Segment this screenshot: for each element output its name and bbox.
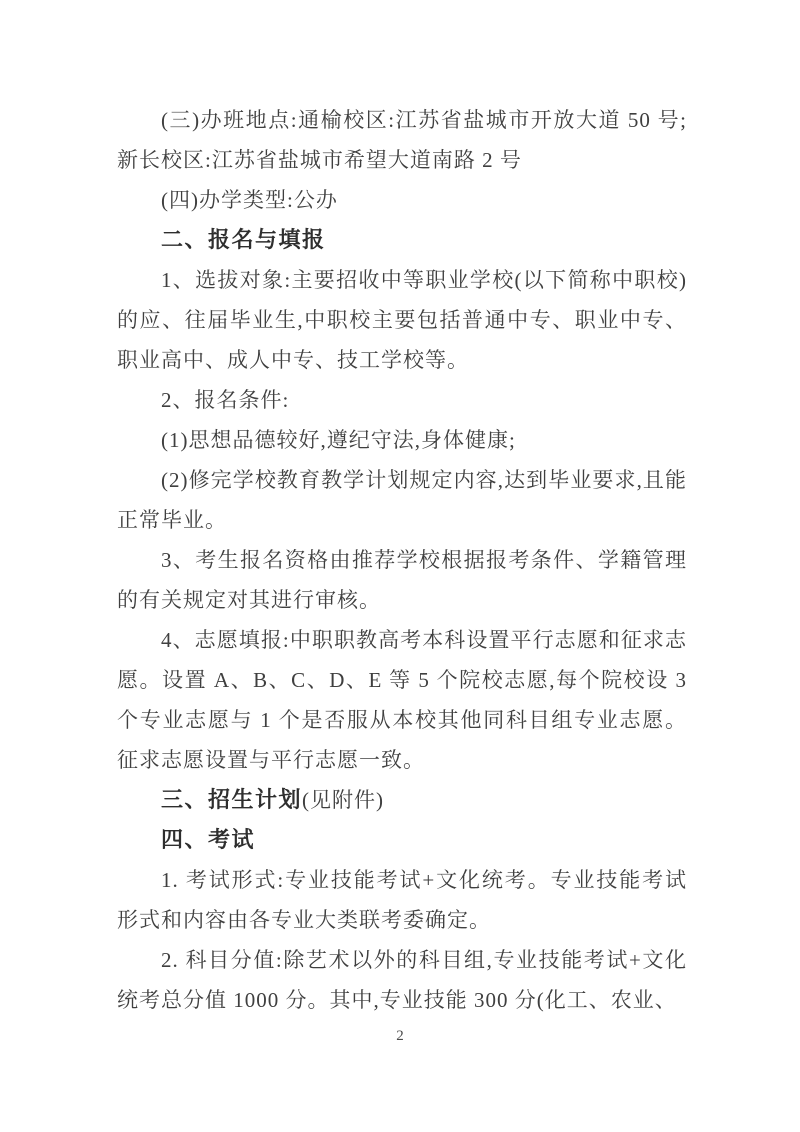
paragraph-class-location: (三)办班地点:通榆校区:江苏省盐城市开放大道 50 号; 新长校区:江苏省盐城…	[117, 100, 687, 180]
paragraph-school-type: (四)办学类型:公办	[117, 180, 687, 220]
section-heading-examination: 四、考试	[117, 820, 687, 860]
paragraph-selection-targets: 1、选拔对象:主要招收中等职业学校(以下简称中职校)的应、往届毕业生,中职校主要…	[117, 260, 687, 380]
paragraph-subject-scores: 2. 科目分值:除艺术以外的科目组,专业技能考试+文化统考总分值 1000 分。…	[117, 940, 687, 1020]
document-page: (三)办班地点:通榆校区:江苏省盐城市开放大道 50 号; 新长校区:江苏省盐城…	[0, 0, 800, 1132]
paragraph-registration-conditions: 2、报名条件:	[117, 380, 687, 420]
heading-suffix-text: (见附件)	[302, 788, 384, 812]
paragraph-qualification-review: 3、考生报名资格由推荐学校根据报考条件、学籍管理的有关规定对其进行审核。	[117, 540, 687, 620]
section-heading-enrollment-plan: 三、招生计划(见附件)	[117, 780, 687, 820]
section-heading-registration: 二、报名与填报	[117, 220, 687, 260]
paragraph-condition-1: (1)思想品德较好,遵纪守法,身体健康;	[117, 420, 687, 460]
paragraph-exam-format: 1. 考试形式:专业技能考试+文化统考。专业技能考试形式和内容由各专业大类联考委…	[117, 860, 687, 940]
paragraph-volunteer-filling: 4、志愿填报:中职职教高考本科设置平行志愿和征求志愿。设置 A、B、C、D、E …	[117, 620, 687, 780]
document-content: (三)办班地点:通榆校区:江苏省盐城市开放大道 50 号; 新长校区:江苏省盐城…	[117, 100, 687, 1020]
page-number: 2	[0, 1028, 800, 1045]
paragraph-condition-2: (2)修完学校教育教学计划规定内容,达到毕业要求,且能正常毕业。	[117, 460, 687, 540]
heading-bold-text: 三、招生计划	[161, 787, 302, 812]
